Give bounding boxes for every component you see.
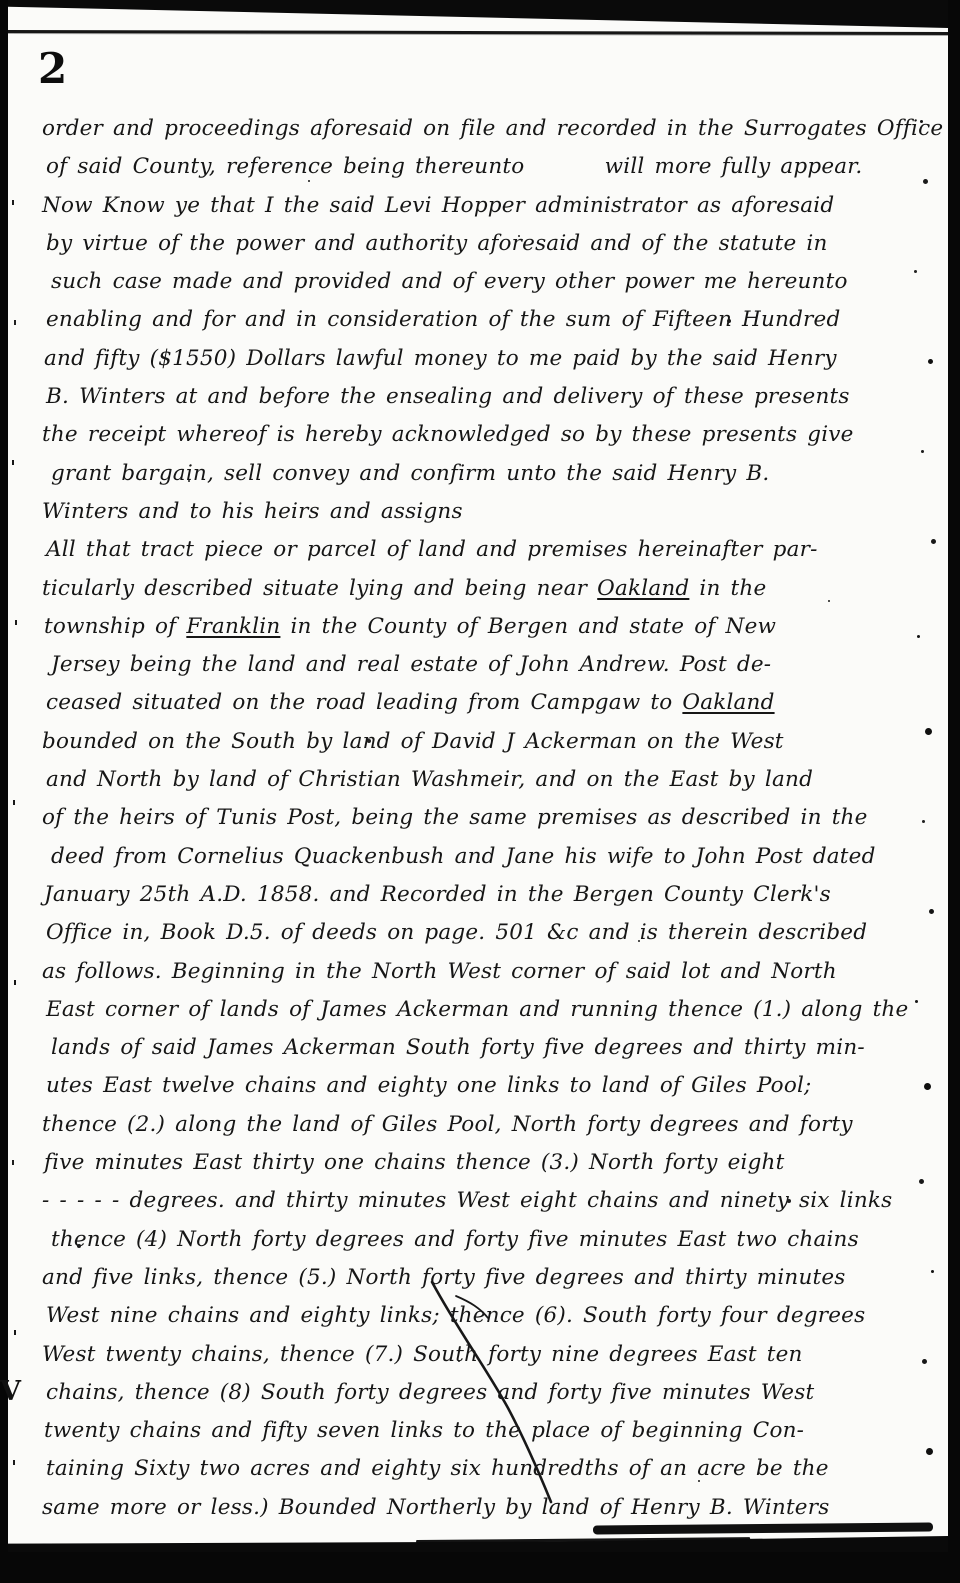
scan-smudge-bottom [593,1523,933,1535]
document-line: thence (4) North forty degrees and forty… [51,1221,914,1259]
document-line: taining Sixty two acres and eighty six h… [46,1450,914,1488]
document-line: utes East twelve chains and eighty one l… [46,1067,914,1105]
document-page: 2 order and proceedings aforesaid on fil… [8,0,948,1552]
document-line: ceased situated on the road leading from… [46,684,914,722]
document-line: Office in, Book D.5. of deeds on page. 5… [46,914,914,952]
document-line: and North by land of Christian Washmeir,… [46,761,914,799]
document-line: West twenty chains, thence (7.) South fo… [42,1336,914,1374]
document-line: All that tract piece or parcel of land a… [46,531,914,569]
document-line: by virtue of the power and authority afo… [46,225,914,263]
document-line: the receipt whereof is hereby acknowledg… [42,416,914,454]
page-ruled-line [8,30,948,35]
document-line: as follows. Beginning in the North West … [42,953,914,991]
document-line: - - - - - degrees. and thirty minutes We… [42,1182,914,1220]
document-line: deed from Cornelius Quackenbush and Jane… [51,838,914,876]
scanned-deed-page: { "page": { "number": "2", "margin_mark"… [0,0,960,1583]
document-line: B. Winters at and before the ensealing a… [46,378,914,416]
document-line: enabling and for and in consideration of… [46,301,914,339]
document-line: order and proceedings aforesaid on file … [42,110,914,148]
document-line: and fifty ($1550) Dollars lawful money t… [44,340,914,378]
document-line: of the heirs of Tunis Post, being the sa… [42,799,914,837]
document-line: thence (2.) along the land of Giles Pool… [42,1106,914,1144]
document-line: January 25th A.D. 1858. and Recorded in … [44,876,914,914]
document-line: chains, thence (8) South forty degrees a… [46,1374,914,1412]
scan-noise-left [12,200,14,205]
document-line: East corner of lands of James Ackerman a… [46,991,914,1029]
document-line: Winters and to his heirs and assigns [42,493,914,531]
scan-border-bottom [8,1536,948,1552]
document-line: such case made and provided and of every… [51,263,914,301]
scan-noise-right [920,120,923,123]
document-line: bounded on the South by land of David J … [42,723,914,761]
document-line: Now Know ye that I the said Levi Hopper … [42,187,914,225]
document-line: same more or less.) Bounded Northerly by… [42,1489,914,1527]
document-line: lands of said James Ackerman South forty… [51,1029,914,1067]
document-line: ticularly described situate lying and be… [42,570,914,608]
document-line: grant bargain, sell convey and confirm u… [51,455,914,493]
document-line: and five links, thence (5.) North forty … [42,1259,914,1297]
document-line: West nine chains and eighty links; thenc… [46,1297,914,1335]
document-line: township of Franklin in the County of Be… [44,608,914,646]
document-line: Jersey being the land and real estate of… [51,646,914,684]
page-number: 2 [38,44,67,93]
document-lines: order and proceedings aforesaid on file … [42,110,914,1527]
scan-border-top [8,0,948,28]
document-line: five minutes East thirty one chains then… [44,1144,914,1182]
ink-speckles [308,180,310,182]
document-line: of said County, reference being thereunt… [46,148,914,186]
document-line: twenty chains and fifty seven links to t… [44,1412,914,1450]
margin-check-mark: V [0,1376,21,1407]
